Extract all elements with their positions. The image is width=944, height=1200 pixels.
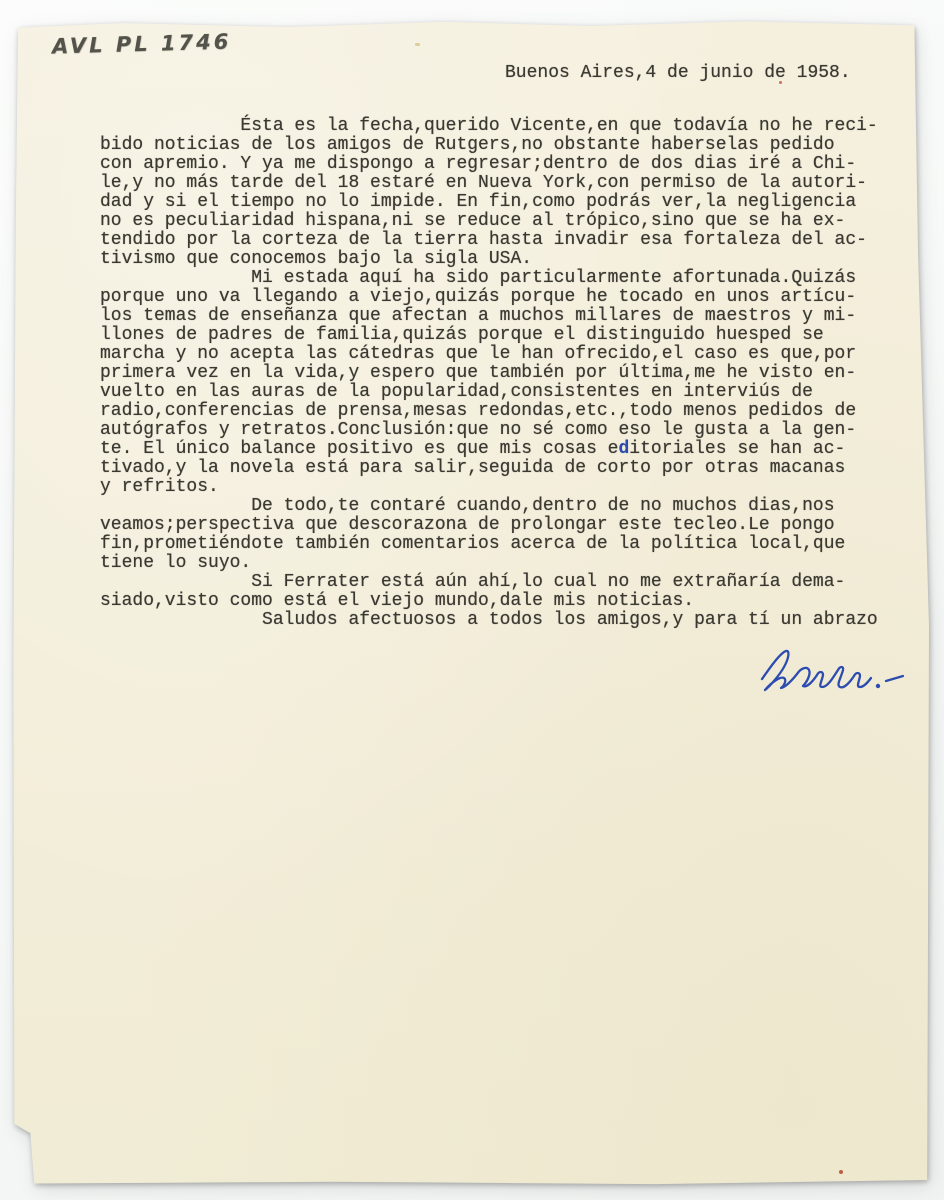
letter-line: llones de padres de familia,quizás porqu… [100, 326, 905, 345]
letter-body: Ésta es la fecha,querido Vicente,en que … [100, 117, 905, 630]
letter-line: fin,prometiéndote también comentarios ac… [100, 535, 905, 554]
letter-line: siado,visto como está el viejo mundo,dal… [100, 592, 905, 611]
paper-speck [415, 43, 420, 46]
letter-line: los temas de enseñanza que afectan a muc… [100, 307, 905, 326]
letter-line: con apremio. Y ya me dispongo a regresar… [100, 155, 905, 174]
letter-line: veamos;perspectiva que descorazona de pr… [100, 516, 905, 535]
signature-handwriting [755, 641, 913, 707]
letter-line: vuelto en las auras de la popularidad,co… [100, 383, 905, 402]
letter-line: dad y si el tiempo no lo impide. En fin,… [100, 193, 905, 212]
handwritten-correction: d [618, 439, 629, 459]
letter-line: De todo,te contaré cuando,dentro de no m… [100, 497, 905, 516]
letter-line: bido noticias de los amigos de Rutgers,n… [100, 136, 905, 155]
letter-line: radio,conferencias de prensa,mesas redon… [100, 402, 905, 421]
letter-line: te. El único balance positivo es que mis… [100, 440, 905, 459]
letter-line: tivado,y la novela está para salir,segui… [100, 459, 905, 478]
letter-line: tiene lo suyo. [100, 554, 905, 573]
letter-line: Si Ferrater está aún ahí,lo cual no me e… [100, 573, 905, 592]
letter-line: Saludos afectuosos a todos los amigos,y … [100, 611, 905, 630]
signature-ink-icon [755, 641, 913, 707]
letter-date: Buenos Aires,4 de junio de 1958. [505, 63, 851, 83]
letter-line: Ésta es la fecha,querido Vicente,en que … [100, 117, 905, 136]
letter-line: y refritos. [100, 478, 905, 497]
archive-annotation-pencil: AVL PL 1746 [52, 30, 232, 59]
scanned-letter-page: { "colors": { "scan_background": "#f7f9f… [0, 0, 944, 1200]
letter-line: autógrafos y retratos.Conclusión:que no … [100, 421, 905, 440]
paper-speck [779, 81, 782, 84]
letter-line: marcha y no acepta las cátedras que le h… [100, 345, 905, 364]
letter-line: porque uno va llegando a viejo,quizás po… [100, 288, 905, 307]
letter-line: tivismo que conocemos bajo la sigla USA. [100, 250, 905, 269]
letter-line: le,y no más tarde del 18 estaré en Nueva… [100, 174, 905, 193]
paper-speck [839, 1170, 843, 1174]
letter-line: primera vez en la vida,y espero que tamb… [100, 364, 905, 383]
letter-line: tendido por la corteza de la tierra hast… [100, 231, 905, 250]
scan-background: AVL PL 1746 Buenos Aires,4 de junio de 1… [0, 0, 944, 1200]
letter-paper: AVL PL 1746 Buenos Aires,4 de junio de 1… [13, 19, 929, 1187]
letter-line: Mi estada aquí ha sido particularmente a… [100, 269, 905, 288]
letter-line: no es peculiaridad hispana,ni se reduce … [100, 212, 905, 231]
